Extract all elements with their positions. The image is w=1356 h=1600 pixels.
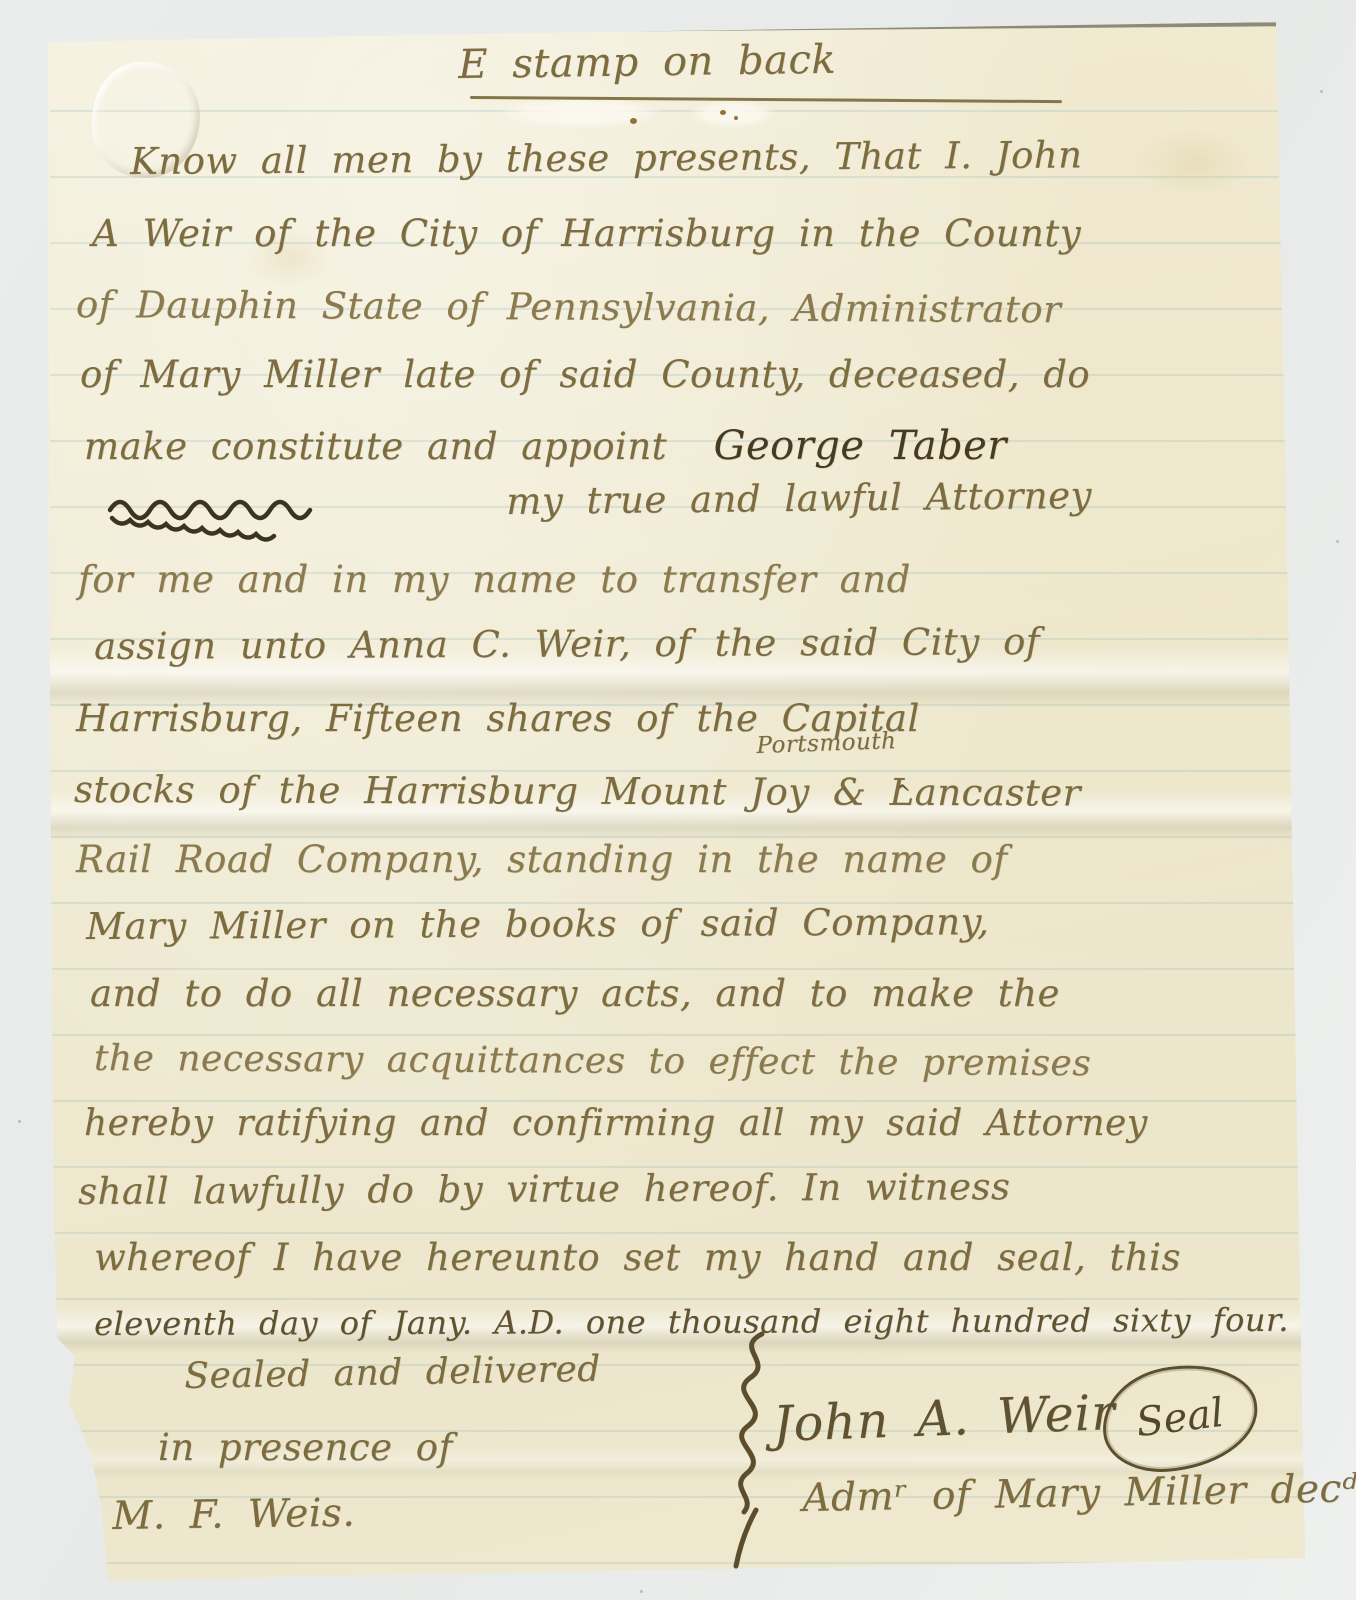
manuscript-line-text: make constitute and appoint — [84, 425, 667, 468]
signature-title: Admʳ of Mary Miller decᵈ — [802, 1466, 1356, 1521]
manuscript-line: shall lawfully do by virtue hereof. In w… — [78, 1165, 1011, 1213]
seal-mark: Seal — [1096, 1357, 1264, 1479]
manuscript-line: make constitute and appoint George Taber — [84, 423, 1007, 469]
manuscript-line: Rail Road Company, standing in the name … — [76, 838, 1008, 881]
manuscript-line: assign unto Anna C. Weir, of the said Ci… — [94, 620, 1040, 668]
manuscript-line: and to do all necessary acts, and to mak… — [90, 972, 1060, 1015]
header-underline — [470, 96, 1062, 103]
manuscript-line: of Mary Miller late of said County, dece… — [80, 353, 1090, 396]
manuscript-line: hereby ratifying and confirming all my s… — [84, 1103, 1148, 1144]
header-note: E stamp on back — [458, 37, 836, 88]
manuscript-line: whereof I have hereunto set my hand and … — [94, 1236, 1181, 1279]
scanned-document: E stamp on back Know all men by these pr… — [0, 0, 1356, 1600]
blank-fill-squiggle — [108, 496, 498, 526]
closing-line: M. F. Weis. — [112, 1491, 355, 1539]
manuscript-line: stocks of the Harrisburg Mount Joy & Lan… — [74, 768, 1081, 815]
handwriting-layer: E stamp on back Know all men by these pr… — [0, 0, 1356, 1600]
appointee-name: George Taber — [714, 423, 1007, 469]
inserted-word: Portsmouth — [756, 728, 897, 759]
manuscript-line: my true and lawful Attorney — [506, 474, 1092, 523]
manuscript-line: the necessary acquittances to effect the… — [94, 1038, 1092, 1084]
manuscript-line: for me and in my name to transfer and — [78, 558, 911, 601]
manuscript-line: Mary Miller on the books of said Company… — [86, 900, 989, 948]
closing-line: in presence of — [158, 1426, 453, 1469]
signature: John A. Weir — [772, 1384, 1117, 1453]
manuscript-line: of Dauphin State of Pennsylvania, Admini… — [76, 283, 1062, 331]
manuscript-line: eleventh day of Jany. A.D. one thousand … — [94, 1301, 1289, 1343]
seal-label: Seal — [1134, 1390, 1227, 1446]
manuscript-line: A Weir of the City of Harrisburg in the … — [92, 212, 1081, 255]
closing-line: Sealed and delivered — [184, 1349, 601, 1397]
manuscript-line: Know all men by these presents, That I. … — [130, 133, 1083, 183]
